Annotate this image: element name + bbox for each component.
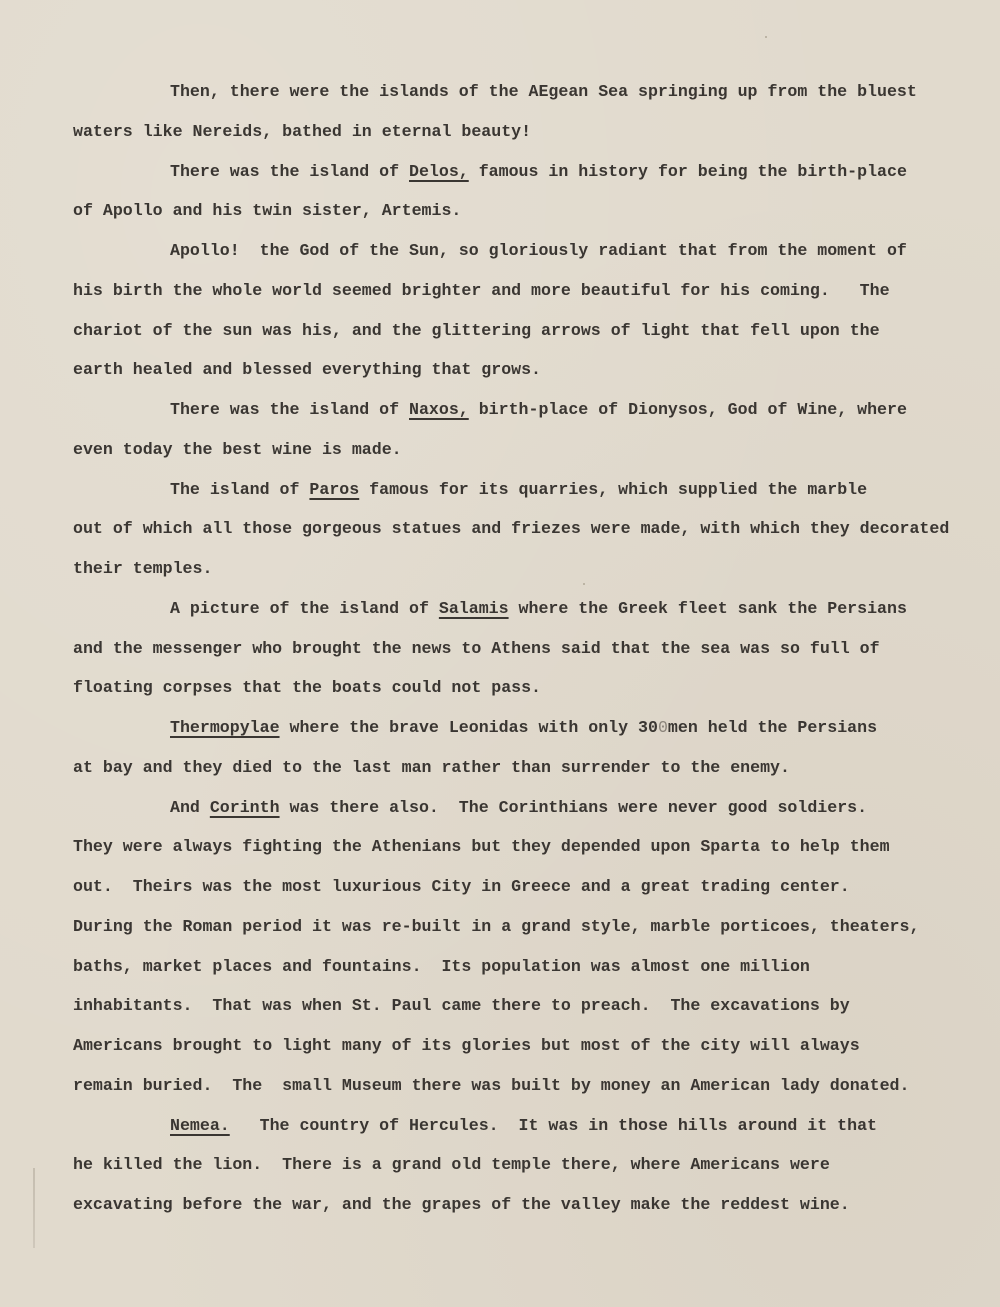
- text-segment: During the Roman period it was re-built …: [73, 917, 919, 936]
- text-line: and the messenger who brought the news t…: [73, 637, 973, 677]
- text-line: his birth the whole world seemed brighte…: [73, 279, 973, 319]
- text-segment: There was the island of: [170, 162, 409, 181]
- text-segment: inhabitants. That was when St. Paul came…: [73, 996, 850, 1015]
- text-line: Thermopylae where the brave Leonidas wit…: [73, 716, 973, 756]
- text-line: During the Roman period it was re-built …: [73, 915, 973, 955]
- text-segment: waters like Nereids, bathed in eternal b…: [73, 122, 531, 141]
- text-line: their temples.: [73, 557, 973, 597]
- underlined-place-name: Delos,: [409, 162, 469, 181]
- text-line: baths, market places and fountains. Its …: [73, 955, 973, 995]
- text-segment: baths, market places and fountains. Its …: [73, 957, 810, 976]
- text-segment: he killed the lion. There is a grand old…: [73, 1155, 830, 1174]
- text-segment: chariot of the sun was his, and the glit…: [73, 321, 880, 340]
- text-line: waters like Nereids, bathed in eternal b…: [73, 120, 973, 160]
- text-line: earth healed and blessed everything that…: [73, 358, 973, 398]
- text-line: There was the island of Delos, famous in…: [73, 160, 973, 200]
- text-segment: They were always fighting the Athenians …: [73, 837, 890, 856]
- underlined-place-name: Naxos,: [409, 400, 469, 419]
- text-segment: where the Greek fleet sank the Persians: [509, 599, 907, 618]
- text-segment: men held the Persians: [668, 718, 877, 737]
- text-line: chariot of the sun was his, and the glit…: [73, 319, 973, 359]
- text-segment: birth-place of Dionysos, God of Wine, wh…: [469, 400, 907, 419]
- text-segment: even today the best wine is made.: [73, 440, 402, 459]
- text-line: Apollo! the God of the Sun, so gloriousl…: [73, 239, 973, 279]
- text-segment: floating corpses that the boats could no…: [73, 678, 541, 697]
- text-segment: Apollo! the God of the Sun, so gloriousl…: [170, 241, 907, 260]
- text-segment: Americans brought to light many of its g…: [73, 1036, 860, 1055]
- text-line: The island of Paros famous for its quarr…: [73, 478, 973, 518]
- text-line: Americans brought to light many of its g…: [73, 1034, 973, 1074]
- text-segment: at bay and they died to the last man rat…: [73, 758, 790, 777]
- document-body: Then, there were the islands of the AEge…: [73, 80, 973, 1233]
- paper-speck: [583, 583, 585, 585]
- text-segment: his birth the whole world seemed brighte…: [73, 281, 890, 300]
- text-segment: And: [170, 798, 210, 817]
- text-segment: of Apollo and his twin sister, Artemis.: [73, 201, 461, 220]
- text-segment: out of which all those gorgeous statues …: [73, 519, 949, 538]
- text-segment: There was the island of: [170, 400, 409, 419]
- text-segment: out. Theirs was the most luxurious City …: [73, 877, 850, 896]
- text-segment: famous in history for being the birth-pl…: [469, 162, 907, 181]
- text-segment: their temples.: [73, 559, 212, 578]
- underlined-place-name: Thermopylae: [170, 718, 280, 737]
- text-line: out. Theirs was the most luxurious City …: [73, 875, 973, 915]
- text-line: Then, there were the islands of the AEge…: [73, 80, 973, 120]
- text-line: floating corpses that the boats could no…: [73, 676, 973, 716]
- text-line: And Corinth was there also. The Corinthi…: [73, 796, 973, 836]
- text-segment: famous for its quarries, which supplied …: [359, 480, 867, 499]
- text-segment: Then, there were the islands of the AEge…: [170, 82, 917, 101]
- typewritten-page: Then, there were the islands of the AEge…: [0, 0, 1000, 1307]
- underlined-place-name: Corinth: [210, 798, 280, 817]
- text-line: he killed the lion. There is a grand old…: [73, 1153, 973, 1193]
- text-line: There was the island of Naxos, birth-pla…: [73, 398, 973, 438]
- text-segment: A picture of the island of: [170, 599, 439, 618]
- text-segment: where the brave Leonidas with only 30: [280, 718, 658, 737]
- text-line: at bay and they died to the last man rat…: [73, 756, 973, 796]
- text-line: excavating before the war, and the grape…: [73, 1193, 973, 1233]
- text-line: Nemea. The country of Hercules. It was i…: [73, 1114, 973, 1154]
- smudged-character: 0: [658, 718, 668, 737]
- text-segment: The island of: [170, 480, 309, 499]
- text-line: A picture of the island of Salamis where…: [73, 597, 973, 637]
- underlined-place-name: Nemea.: [170, 1116, 230, 1135]
- text-segment: The country of Hercules. It was in those…: [230, 1116, 877, 1135]
- underlined-place-name: Paros: [309, 480, 359, 499]
- text-segment: earth healed and blessed everything that…: [73, 360, 541, 379]
- text-segment: excavating before the war, and the grape…: [73, 1195, 850, 1214]
- text-line: out of which all those gorgeous statues …: [73, 517, 973, 557]
- text-line: of Apollo and his twin sister, Artemis.: [73, 199, 973, 239]
- text-segment: and the messenger who brought the news t…: [73, 639, 880, 658]
- text-line: They were always fighting the Athenians …: [73, 835, 973, 875]
- paper-speck: [765, 36, 767, 38]
- paper-edge-mark: [33, 1168, 35, 1248]
- text-segment: remain buried. The small Museum there wa…: [73, 1076, 909, 1095]
- text-segment: was there also. The Corinthians were nev…: [280, 798, 868, 817]
- text-line: inhabitants. That was when St. Paul came…: [73, 994, 973, 1034]
- text-line: remain buried. The small Museum there wa…: [73, 1074, 973, 1114]
- text-line: even today the best wine is made.: [73, 438, 973, 478]
- underlined-place-name: Salamis: [439, 599, 509, 618]
